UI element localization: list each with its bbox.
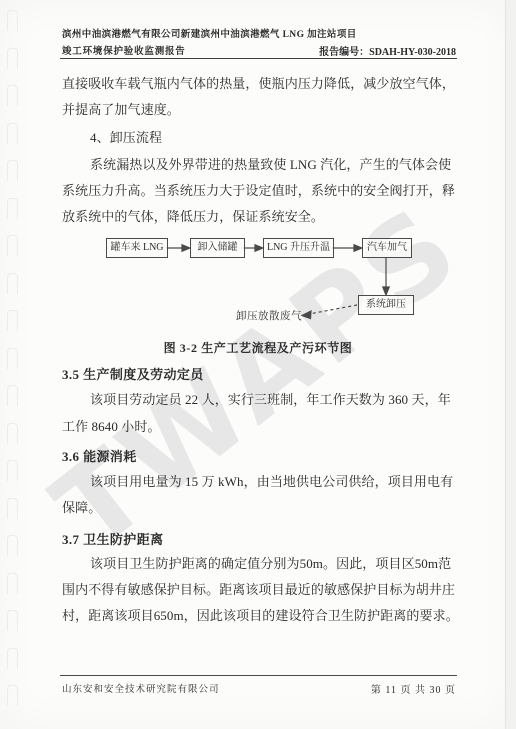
binding-ring	[7, 235, 18, 256]
binding-ring	[7, 310, 18, 331]
footer-page-number: 第 11 页 共 30 页	[371, 681, 456, 696]
flow-box-system-relief: 系统卸压	[358, 295, 414, 315]
binding-ring	[7, 385, 18, 406]
document-page: TWAPS 滨州中油滨港燃气有限公司新建滨州中油滨港燃气 LNG 加注站项目 竣…	[0, 0, 516, 729]
header-doc-type: 竣工环境保护验收监测报告	[62, 43, 186, 57]
binding-ring	[7, 498, 18, 519]
binding-ring	[7, 160, 18, 181]
body-line: 系统压力升高。当系统压力大于设定值时，系统中的安全阀打开，释	[62, 183, 462, 198]
header-project-title: 滨州中油滨港燃气有限公司新建滨州中油滨港燃气 LNG 加注站项目	[62, 26, 462, 40]
header-rule	[60, 58, 457, 59]
body-line: 该项目劳动定员 22 人，实行三班制，年工作天数为 360 天，年	[90, 392, 490, 407]
binding-ring	[7, 123, 18, 144]
body-line: 围内不得有敏感保护目标。距离该项目最近的敏感保护目标为胡井庄	[62, 582, 462, 597]
binding-ring	[7, 10, 18, 31]
section-3-6-heading: 3.6 能源消耗	[62, 446, 462, 465]
flow-box-vehicle-refuel: 汽车加气	[362, 238, 412, 258]
binding-ring	[7, 648, 18, 669]
waste-gas-label: 卸压放散废气	[236, 308, 302, 323]
body-line: 保障。	[62, 500, 462, 515]
body-line: 系统漏热以及外界带进的热量致使 LNG 汽化，产生的气体会使	[90, 157, 490, 172]
binding-ring	[7, 685, 18, 706]
body-line: 村，距离该项目650m，因此该项目的建设符合卫生防护距离的要求。	[62, 608, 462, 623]
body-line: 并提高了加气速度。	[62, 102, 462, 117]
scan-edge-shade	[506, 0, 516, 729]
scan-page-edge	[505, 0, 506, 729]
binding-ring	[7, 423, 18, 444]
flow-arrowhead-2	[255, 245, 263, 251]
flow-arrowhead-1	[182, 245, 190, 251]
binding-ring	[7, 348, 18, 369]
step-heading: 4、卸压流程	[90, 130, 490, 145]
body-line: 放系统中的气体，降低压力，保证系统安全。	[62, 209, 462, 224]
body-line: 直接吸收车载气瓶内气体的热量，使瓶内压力降低，减少放空气体，	[62, 76, 462, 91]
binding-ring	[7, 535, 18, 556]
section-3-7-heading: 3.7 卫生防护距离	[62, 529, 462, 548]
body-line: 该项目用电量为 15 万 kWh，由当地供电公司供给，项目用电有	[90, 474, 490, 489]
flow-box-unload-tank: 卸入储罐	[190, 238, 245, 258]
binding-ring	[7, 85, 18, 106]
flow-arrow-dashed	[309, 305, 357, 314]
binding-ring	[7, 610, 18, 631]
figure-caption: 图 3-2 生产工艺流程及产污环节图	[0, 339, 516, 356]
section-3-5-heading: 3.5 生产制度及劳动定员	[62, 364, 462, 383]
footer-rule	[60, 675, 457, 676]
binding-ring	[7, 48, 18, 69]
flow-arrowhead-3	[354, 245, 362, 251]
binding-ring	[7, 273, 18, 294]
binding-ring	[7, 198, 18, 219]
binding-ring	[7, 573, 18, 594]
flow-box-tanker-lng: 罐车来 LNG	[106, 238, 168, 258]
flow-arrowhead-dashed	[302, 311, 311, 319]
header-report-number: 报告编号：SDAH-HY-030-2018	[319, 43, 456, 58]
binding-ring	[7, 460, 18, 481]
flow-box-lng-pressurize: LNG 升压升温	[263, 238, 334, 258]
footer-company: 山东安和安全技术研究院有限公司	[62, 681, 220, 695]
flow-arrowhead-down	[383, 287, 389, 295]
body-line: 该项目卫生防护距离的确定值分别为50m。因此，项目区50m范	[90, 556, 490, 571]
body-line: 工作 8640 小时。	[62, 419, 462, 434]
